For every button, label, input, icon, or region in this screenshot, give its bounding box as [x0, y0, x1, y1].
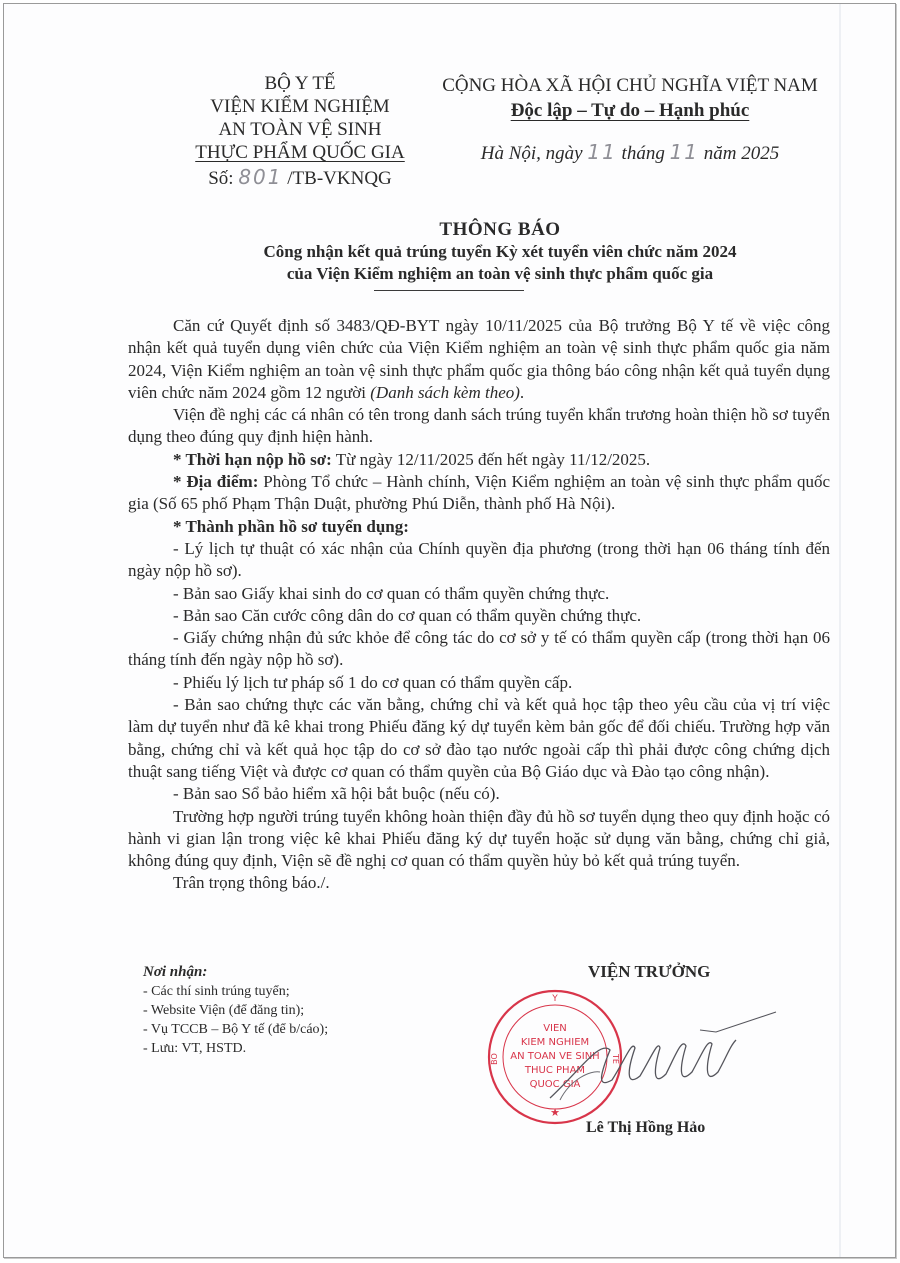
recipients-block: Nơi nhận: - Các thí sinh trúng tuyển;- W… [143, 963, 443, 1058]
doc-number-suffix: /TB-VKNQG [287, 168, 392, 189]
national-heading: CỘNG HÒA XÃ HỘI CHỦ NGHĨA VIỆT NAM Độc l… [420, 74, 840, 165]
basis-end: . [520, 383, 524, 402]
ministry-name: BỘ Y TẾ [150, 72, 450, 95]
notice-subtitle-line1: Công nhận kết quả trúng tuyển Kỳ xét tuy… [120, 241, 880, 263]
signer-name: Lê Thị Hồng Hảo [586, 1119, 766, 1137]
component-item: - Phiếu lý lịch tư pháp số 1 do cơ quan … [128, 672, 830, 694]
country-name: CỘNG HÒA XÃ HỘI CHỦ NGHĨA VIỆT NAM [420, 74, 840, 97]
components-list: - Lý lịch tự thuật có xác nhận của Chính… [128, 538, 830, 806]
date-month-handwritten: 11 [670, 140, 699, 164]
recipient-item: - Website Viện (để đăng tin); [143, 1001, 443, 1020]
doc-number-label: Số: [208, 168, 233, 189]
svg-text:Y: Y [551, 994, 558, 1004]
title-underline [374, 290, 524, 291]
attachment-note: (Danh sách kèm theo) [370, 383, 520, 402]
component-item: - Bản sao chứng thực các văn bằng, chứng… [128, 694, 830, 783]
location: * Địa điểm: Phòng Tổ chức – Hành chính, … [128, 471, 830, 516]
org-name-line2: AN TOÀN VỆ SINH [150, 118, 450, 141]
scan-fold-line [839, 4, 841, 1257]
component-item: - Bản sao Giấy khai sinh do cơ quan có t… [128, 583, 830, 605]
components-heading: * Thành phần hồ sơ tuyển dụng: [128, 516, 830, 538]
component-item: - Lý lịch tự thuật có xác nhận của Chính… [128, 538, 830, 583]
notice-subtitle-line2: của Viện Kiểm nghiệm an toàn vệ sinh thự… [120, 263, 880, 285]
closing: Trân trọng thông báo./. [128, 872, 830, 894]
recipient-item: - Lưu: VT, HSTD. [143, 1039, 443, 1058]
org-name-line3: THỰC PHẨM QUỐC GIA [150, 141, 450, 164]
component-item: - Bản sao Căn cước công dân do cơ quan c… [128, 605, 830, 627]
deadline-value: Từ ngày 12/11/2025 đến hết ngày 11/12/20… [332, 450, 650, 469]
deadline-label: * Thời hạn nộp hồ sơ: [173, 450, 332, 469]
component-item: - Giấy chứng nhận đủ sức khỏe để công tá… [128, 627, 830, 672]
date-year: năm 2025 [704, 143, 779, 164]
recipients-label: Nơi nhận: [143, 963, 443, 982]
issuing-authority: BỘ Y TẾ VIỆN KIỂM NGHIỆM AN TOÀN VỆ SINH… [150, 72, 450, 190]
org-name-line1: VIỆN KIỂM NGHIỆM [150, 95, 450, 118]
date-day-handwritten: 11 [587, 140, 616, 164]
recipient-item: - Các thí sinh trúng tuyển; [143, 982, 443, 1001]
notice-body: Căn cứ Quyết định số 3483/QĐ-BYT ngày 10… [128, 315, 830, 895]
notice-title: THÔNG BÁO [120, 218, 880, 241]
date-prefix: Hà Nội, ngày [481, 143, 583, 164]
svg-text:BO: BO [490, 1053, 499, 1065]
doc-number-handwritten: 801 [238, 165, 282, 189]
notice-title-block: THÔNG BÁO Công nhận kết quả trúng tuyển … [120, 218, 880, 285]
location-label: * Địa điểm: [173, 472, 258, 491]
issue-date: Hà Nội, ngày 11 tháng 11 năm 2025 [420, 141, 840, 165]
signer-title: VIỆN TRƯỞNG [588, 962, 748, 982]
date-month-label: tháng [622, 143, 665, 164]
paragraph-basis: Căn cứ Quyết định số 3483/QĐ-BYT ngày 10… [128, 315, 830, 404]
handwritten-signature-icon [540, 1010, 780, 1110]
recipient-item: - Vụ TCCB – Bộ Y tế (để b/cáo); [143, 1020, 443, 1039]
paragraph-request: Viện đề nghị các cá nhân có tên trong da… [128, 404, 830, 449]
paragraph-warning: Trường hợp người trúng tuyển không hoàn … [128, 806, 830, 873]
document-number: Số: 801 /TB-VKNQG [150, 166, 450, 190]
recipients-list: - Các thí sinh trúng tuyển;- Website Việ… [143, 982, 443, 1058]
national-motto: Độc lập – Tự do – Hạnh phúc [420, 99, 840, 122]
component-item: - Bản sao Sổ bảo hiểm xã hội bắt buộc (n… [128, 783, 830, 805]
deadline: * Thời hạn nộp hồ sơ: Từ ngày 12/11/2025… [128, 449, 830, 471]
